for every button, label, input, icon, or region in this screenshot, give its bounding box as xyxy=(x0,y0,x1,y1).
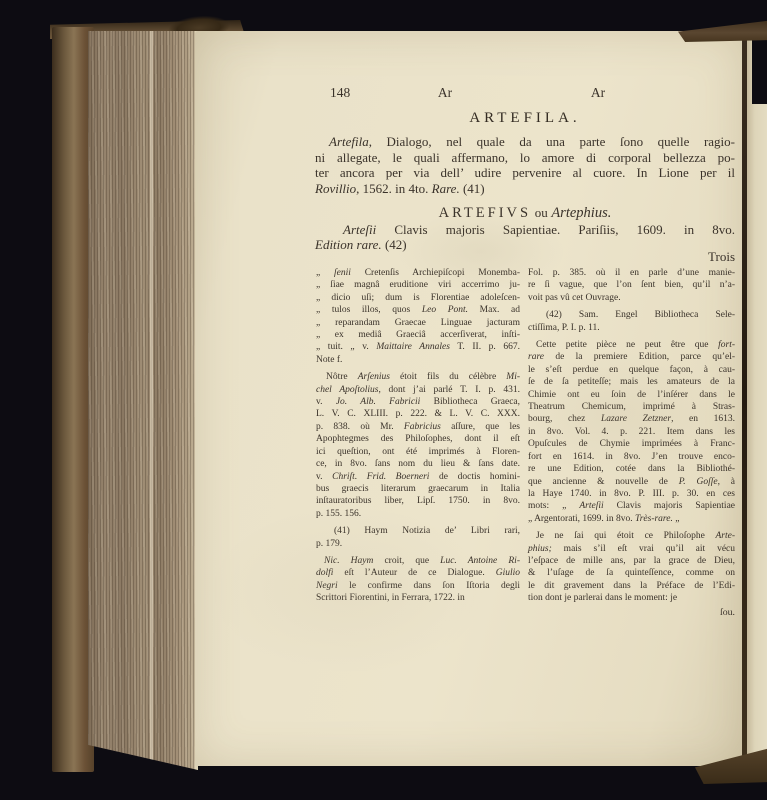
footnote-paragraph: Fol. p. 385. où il en parle d’une manie-… xyxy=(528,267,735,304)
entry2-text: Arteſii Clavis majoris Sapientiae. Pariſ… xyxy=(315,222,735,252)
page-number: 148 xyxy=(330,85,350,101)
entry1-text: Artefila, Dialogo, nel quale da una part… xyxy=(315,134,735,196)
book-cover-edge xyxy=(52,27,94,772)
book-page: 148 Ar Ar ARTEFILA. Artefila, Dialogo, n… xyxy=(195,31,744,766)
running-head-right: Ar xyxy=(580,85,616,101)
facing-page-edge xyxy=(747,30,767,758)
running-head-row: 148 Ar Ar xyxy=(315,85,735,101)
entry1-heading: ARTEFILA. xyxy=(315,110,735,127)
footnote-column-left: „ ſenii Cretenſis Archiepiſcopi Monemba-… xyxy=(316,267,520,605)
entry2-heading: ARTEFIVS ou Artephius. xyxy=(315,205,735,222)
footnote-paragraph: „ ſenii Cretenſis Archiepiſcopi Monemba-… xyxy=(316,267,520,366)
background-top-right xyxy=(752,0,767,104)
catchword-bottom: ſou. xyxy=(528,607,735,619)
footnote-column-right: Fol. p. 385. où il en parle d’une manie-… xyxy=(528,267,735,619)
footnote-paragraph: (42) Sam. Engel Bibliotheca Sele-ctiſſim… xyxy=(528,309,735,334)
entry2-heading-name: Artephius. xyxy=(551,205,611,221)
entry2-heading-connector: ou xyxy=(535,205,548,220)
entry2-heading-word: ARTEFIVS xyxy=(439,205,531,221)
catchword-trois: Trois xyxy=(315,249,735,265)
footnote-column-right-paras: Fol. p. 385. où il en parle d’une manie-… xyxy=(528,267,735,605)
page-stack-fore-edge xyxy=(88,31,198,770)
footnote-paragraph: Cette petite pièce ne peut être que fort… xyxy=(528,339,735,525)
footnote-paragraph: (41) Haym Notizia de’ Libri rari,p. 179. xyxy=(316,525,520,550)
footnote-paragraph: Je ne ſai qui étoit ce Philoſophe Arte-p… xyxy=(528,530,735,604)
footnote-paragraph: Nôtre Arſenius étoit fils du célèbre Mi-… xyxy=(316,371,520,520)
running-head-left: Ar xyxy=(427,85,463,101)
footnote-paragraph: Nic. Haym croit, que Luc. Antoine Ri-dol… xyxy=(316,555,520,605)
scanned-book-photo: 148 Ar Ar ARTEFILA. Artefila, Dialogo, n… xyxy=(0,0,767,800)
